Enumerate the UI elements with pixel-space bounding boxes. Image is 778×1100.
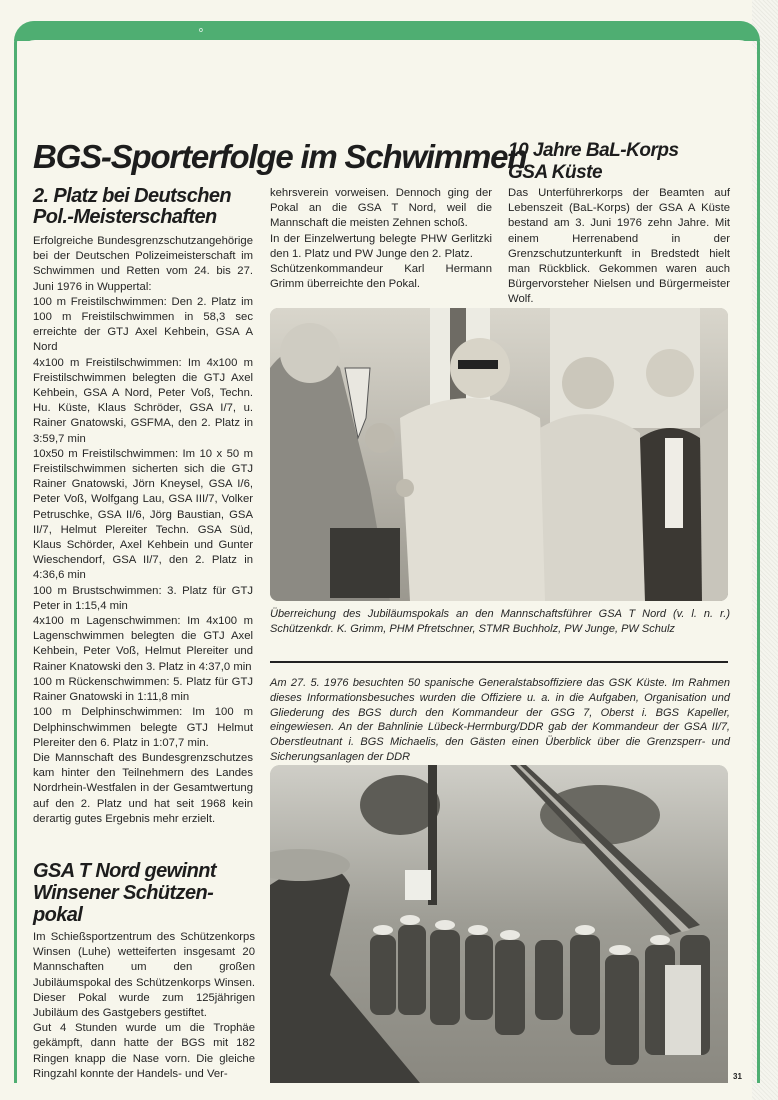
swimming-article-body: Erfolgreiche Bundesgrenzschutzangehörige… xyxy=(33,234,253,827)
bal-korps-title-line2: GSA Küste xyxy=(508,162,738,184)
page-number: 31 xyxy=(733,1072,742,1081)
paragraph: Erfolgreiche Bundesgrenzschutzangehörige… xyxy=(33,234,253,295)
trophy-photo-caption: Überreichung des Jubiläumspokals an den … xyxy=(270,607,730,637)
paragraph: 4x100 m Lagenschwimmen: Im 4x100 m Lagen… xyxy=(33,614,253,675)
shooting-article-body: Im Schießsportzentrum des Schützenkorps … xyxy=(33,930,255,1082)
swimming-subtitle-line1: 2. Platz bei Deutschen xyxy=(33,186,268,207)
paragraph: 10x50 m Freistilschwimmen: Im 10 x 50 m … xyxy=(33,447,253,584)
paragraph: 100 m Freistilschwimmen: Den 2. Platz im… xyxy=(33,295,253,356)
paragraph: kehrsverein vorweisen. Dennoch ging der … xyxy=(270,186,492,232)
bal-korps-title: 10 Jahre BaL-Korps GSA Küste xyxy=(508,140,738,184)
shooting-article-title: GSA T Nord gewinnt Winsener Schützen- po… xyxy=(33,860,258,926)
shooting-title-line3: pokal xyxy=(33,904,258,926)
frame-band-inner xyxy=(17,40,757,70)
band-mark: o xyxy=(199,27,203,34)
shooting-title-line2: Winsener Schützen- xyxy=(33,882,258,904)
paragraph: Die Mannschaft des Bundesgrenzschutzes k… xyxy=(33,751,253,827)
paragraph: Schützenkommandeur Karl Hermann Grimm üb… xyxy=(270,262,492,292)
paragraph: 4x100 m Freistilschwimmen: Im 4x100 m Fr… xyxy=(33,356,253,447)
shooting-title-line1: GSA T Nord gewinnt xyxy=(33,860,258,882)
photo-illustration xyxy=(270,308,728,601)
trophy-presentation-photo xyxy=(270,308,728,601)
border-railway-visit-photo xyxy=(270,765,728,1083)
swimming-subtitle-line2: Pol.-Meisterschaften xyxy=(33,207,268,228)
frame-header-band xyxy=(14,21,760,41)
paragraph: Im Schießsportzentrum des Schützenkorps … xyxy=(33,930,255,1021)
divider-rule xyxy=(270,661,728,663)
swimming-subtitle: 2. Platz bei Deutschen Pol.-Meisterschaf… xyxy=(33,186,268,228)
bal-korps-article-body: Das Unterführerkorps der Beamten auf Leb… xyxy=(508,186,730,308)
paragraph: Gut 4 Stunden wurde um die Trophäe gekäm… xyxy=(33,1021,255,1082)
photo-illustration xyxy=(270,765,728,1083)
page-title: BGS-Sporterfolge im Schwimmen xyxy=(33,138,526,176)
paragraph: Das Unterführerkorps der Beamten auf Leb… xyxy=(508,186,730,308)
paragraph: 100 m Delphinschwimmen: Im 100 m Delphin… xyxy=(33,705,253,751)
paragraph: 100 m Rückenschwimmen: 5. Platz für GTJ … xyxy=(33,675,253,705)
border-visit-caption: Am 27. 5. 1976 besuchten 50 spanische Ge… xyxy=(270,676,730,765)
paragraph: In der Einzelwertung belegte PHW Gerlitz… xyxy=(270,232,492,262)
shooting-article-continuation: kehrsverein vorweisen. Dennoch ging der … xyxy=(270,186,492,292)
bal-korps-title-line1: 10 Jahre BaL-Korps xyxy=(508,140,738,162)
paragraph: 100 m Brustschwimmen: 3. Platz für GTJ P… xyxy=(33,584,253,614)
